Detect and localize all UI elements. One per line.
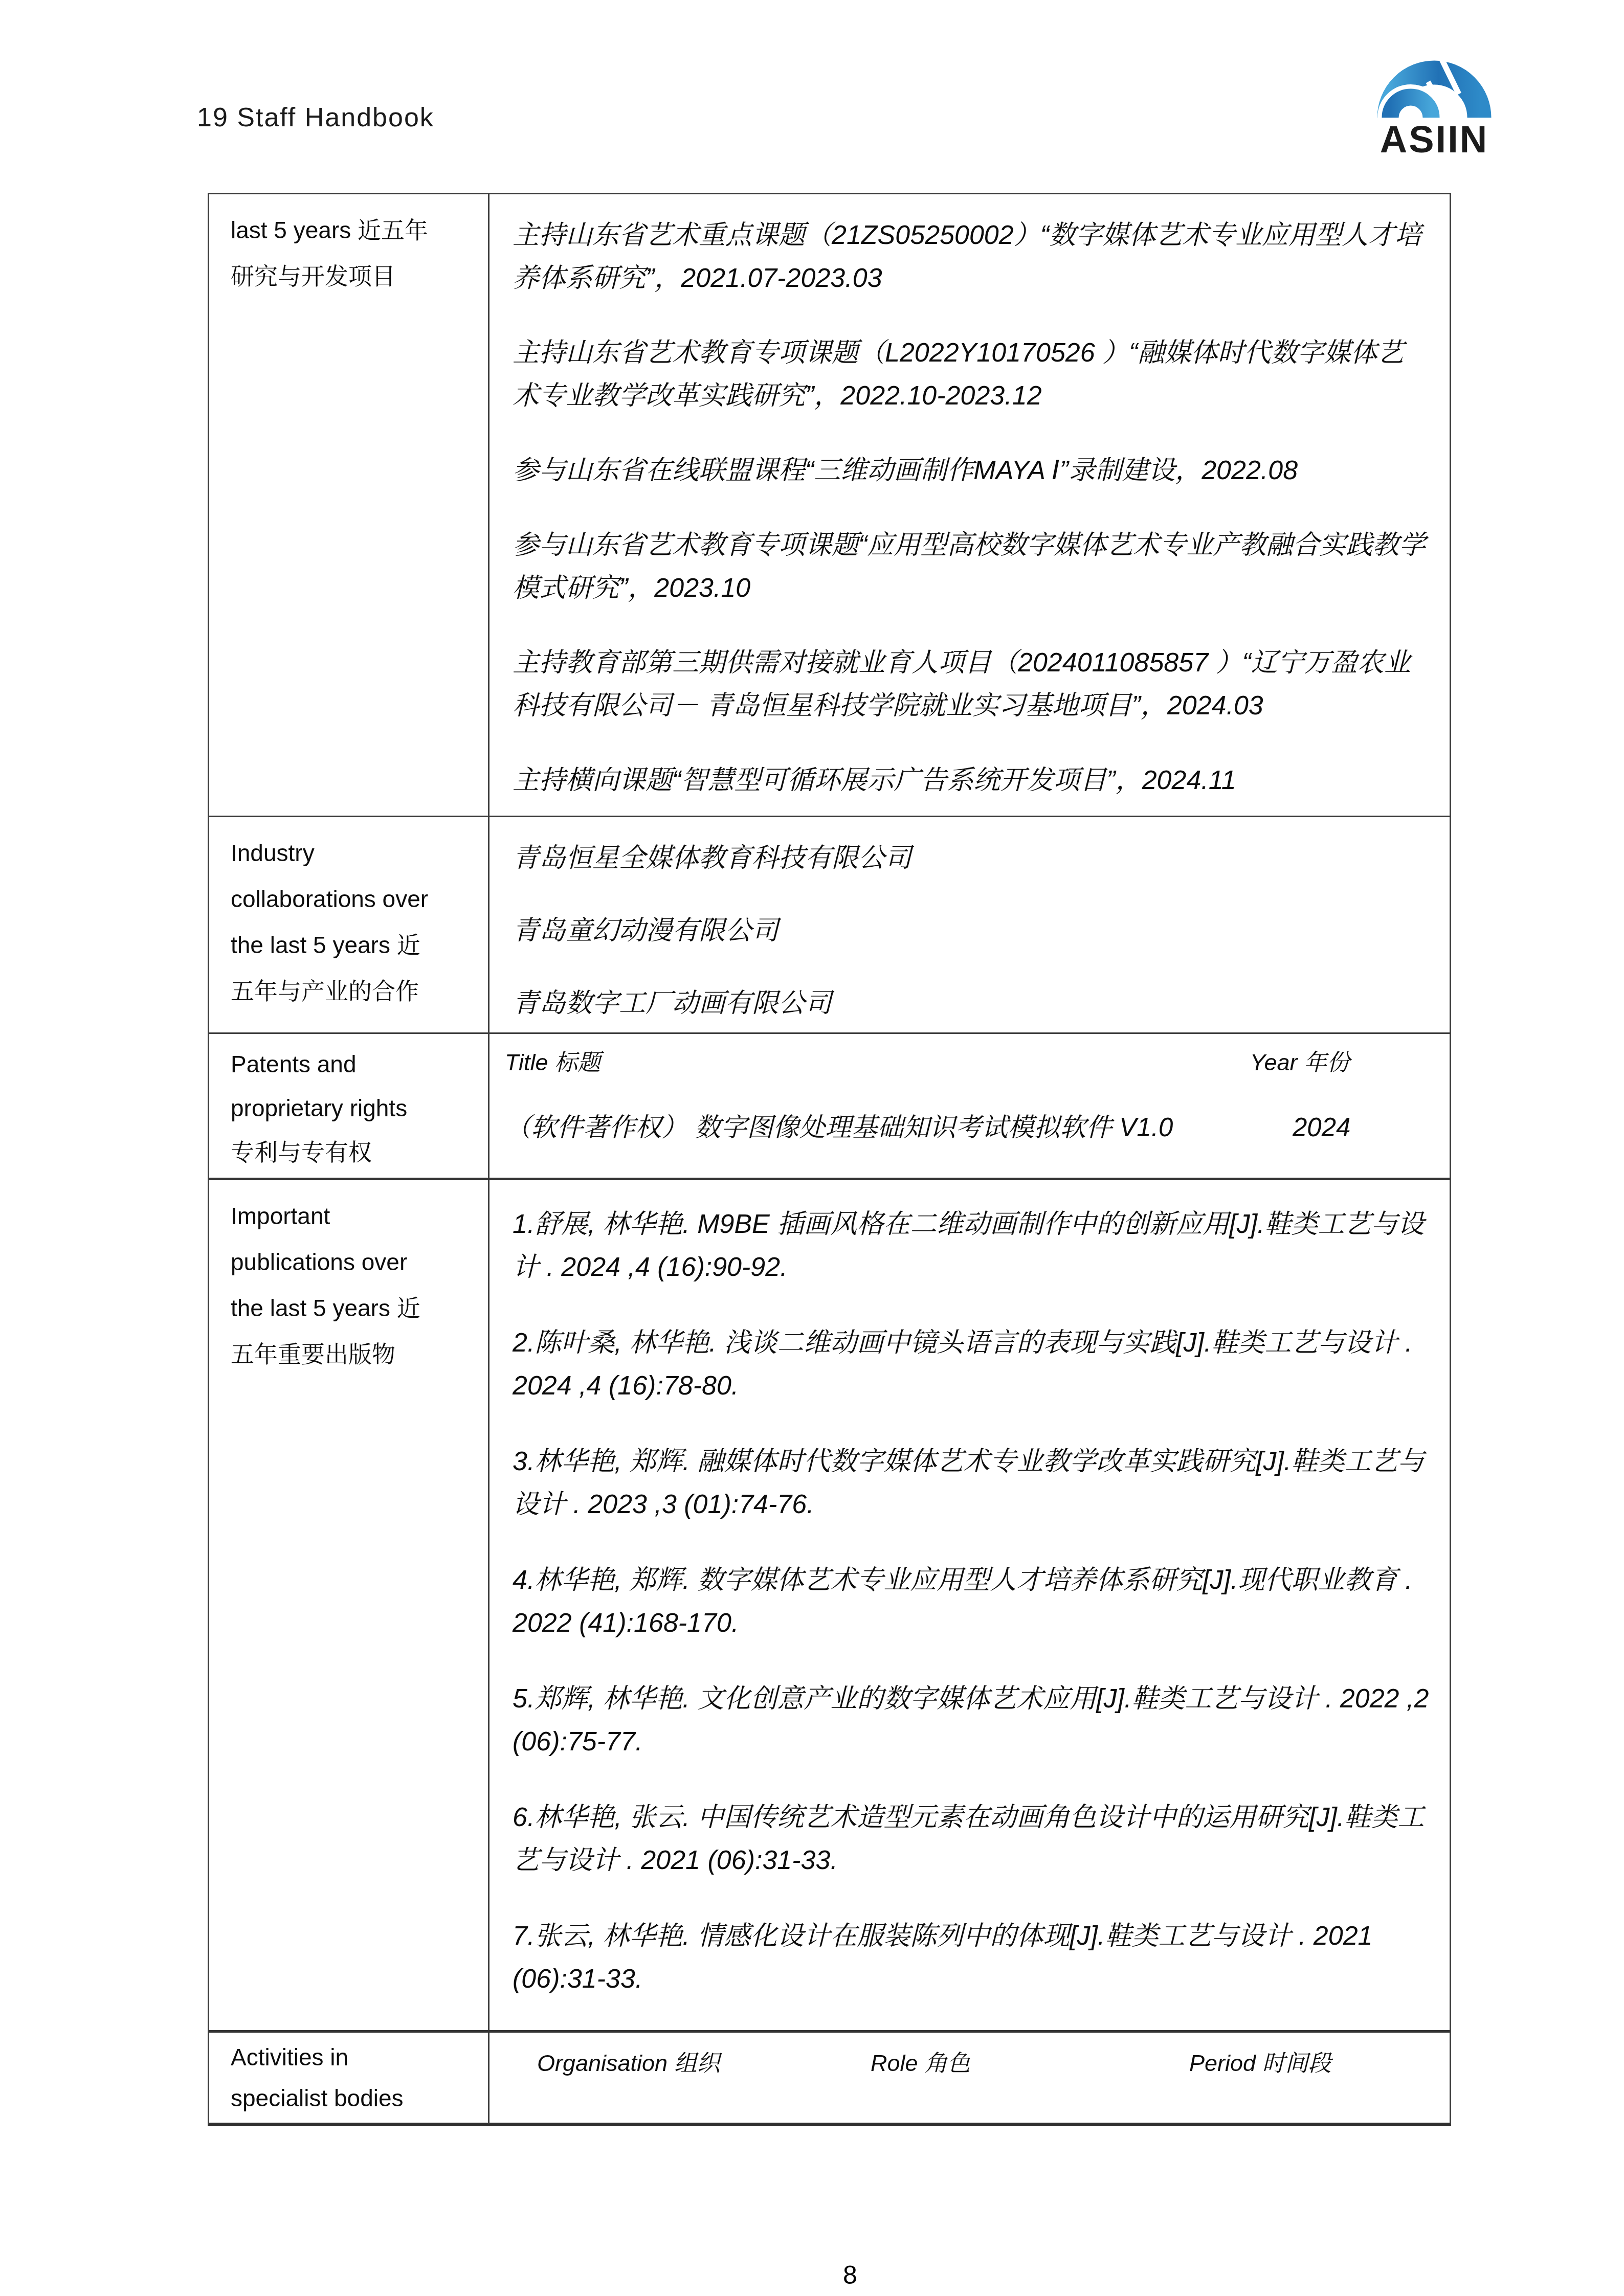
row-label-activities: Activities in specialist bodies (209, 2033, 490, 2124)
page-header-title: 19 Staff Handbook (197, 102, 434, 133)
company-item: 青岛恒星全媒体教育科技有限公司 (513, 837, 1429, 880)
publication-item: 7.张云, 林华艳. 情感化设计在服装陈列中的体现[J].鞋类工艺与设计 . 2… (513, 1915, 1429, 2000)
publication-item: 6.林华艳, 张云. 中国传统艺术造型元素在动画角色设计中的运用研究[J].鞋类… (513, 1796, 1429, 1882)
project-item: 主持横向课题“智慧型可循环展示广告系统开发项目”，2024.11 (513, 759, 1429, 802)
table-row-activities: Activities in specialist bodies Organisa… (209, 2033, 1450, 2124)
asiin-logo: ASIIN (1376, 47, 1493, 159)
activities-header-role: Role 角色 (871, 2048, 1189, 2079)
publication-item: 4.林华艳, 郑辉. 数字媒体艺术专业应用型人才培养体系研究[J].现代职业教育… (513, 1559, 1429, 1645)
patent-entry-year: 2024 (1250, 1110, 1429, 1145)
asiin-logo-text: ASIIN (1376, 121, 1493, 159)
patent-header-title: Title 标题 (505, 1047, 1250, 1078)
staff-info-table: last 5 years 近五年 研究与开发项目 主持山东省艺术重点课题（21Z… (208, 193, 1451, 2126)
row-content-rd-projects: 主持山东省艺术重点课题（21ZS05250002）“数字媒体艺术专业应用型人才培… (490, 194, 1450, 816)
row-content-patents: Title 标题 Year 年份 （软件著作权） 数字图像处理基础知识考试模拟软… (490, 1034, 1450, 1178)
activities-header: Organisation 组织 Role 角色 Period 时间段 (537, 2048, 1434, 2079)
table-row-patents: Patents and proprietary rights 专利与专有权 Ti… (209, 1034, 1450, 1180)
patent-header: Title 标题 Year 年份 (505, 1047, 1429, 1078)
company-item: 青岛数字工厂动画有限公司 (513, 982, 1429, 1025)
patent-entry: （软件著作权） 数字图像处理基础知识考试模拟软件 V1.0 2024 (505, 1110, 1429, 1145)
publication-item: 5.郑辉, 林华艳. 文化创意产业的数字媒体艺术应用[J].鞋类工艺与设计 . … (513, 1677, 1429, 1763)
project-item: 主持山东省艺术重点课题（21ZS05250002）“数字媒体艺术专业应用型人才培… (513, 214, 1429, 300)
patent-header-year: Year 年份 (1250, 1047, 1429, 1078)
row-label-industry-collaborations: Industry collaborations over the last 5 … (209, 817, 490, 1032)
table-row-publications: Important publications over the last 5 y… (209, 1180, 1450, 2033)
asiin-arc-icon (1376, 47, 1493, 120)
document-page: 19 Staff Handbook (0, 0, 1624, 2296)
table-row-industry-collaborations: Industry collaborations over the last 5 … (209, 817, 1450, 1034)
row-content-publications: 1.舒展, 林华艳. M9BE 插画风格在二维动画制作中的创新应用[J].鞋类工… (490, 1180, 1450, 2030)
publication-item: 1.舒展, 林华艳. M9BE 插画风格在二维动画制作中的创新应用[J].鞋类工… (513, 1203, 1429, 1289)
row-content-activities: Organisation 组织 Role 角色 Period 时间段 (490, 2033, 1450, 2124)
company-item: 青岛童幻动漫有限公司 (513, 909, 1429, 952)
project-item: 主持山东省艺术教育专项课题（L2022Y10170526 ）“融媒体时代数字媒体… (513, 331, 1429, 417)
activities-header-organisation: Organisation 组织 (537, 2048, 871, 2079)
row-content-industry-collaborations: 青岛恒星全媒体教育科技有限公司 青岛童幻动漫有限公司 青岛数字工厂动画有限公司 (490, 817, 1450, 1032)
project-item: 参与山东省在线联盟课程“三维动画制作MAYA Ⅰ”录制建设，2022.08 (513, 449, 1429, 492)
patent-entry-title: （软件著作权） 数字图像处理基础知识考试模拟软件 V1.0 (505, 1110, 1250, 1145)
table-row-rd-projects: last 5 years 近五年 研究与开发项目 主持山东省艺术重点课题（21Z… (209, 194, 1450, 817)
project-item: 主持教育部第三期供需对接就业育人项目（2024011085857 ）“辽宁万盈农… (513, 641, 1429, 727)
row-label-patents: Patents and proprietary rights 专利与专有权 (209, 1034, 490, 1178)
publication-item: 3.林华艳, 郑辉. 融媒体时代数字媒体艺术专业教学改革实践研究[J].鞋类工艺… (513, 1440, 1429, 1526)
project-item: 参与山东省艺术教育专项课题“应用型高校数字媒体艺术专业产教融合实践教学模式研究”… (513, 524, 1429, 610)
publication-item: 2.陈叶桑, 林华艳. 浅谈二维动画中镜头语言的表现与实践[J].鞋类工艺与设计… (513, 1321, 1429, 1407)
activities-header-period: Period 时间段 (1189, 2048, 1434, 2079)
page-number: 8 (843, 2260, 857, 2290)
row-label-publications: Important publications over the last 5 y… (209, 1180, 490, 2030)
row-label-rd-projects: last 5 years 近五年 研究与开发项目 (209, 194, 490, 816)
